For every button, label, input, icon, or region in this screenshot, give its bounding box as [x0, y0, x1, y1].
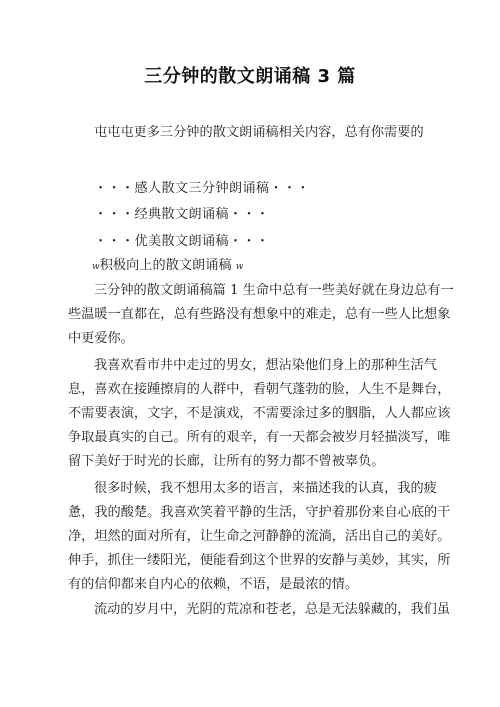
intro-text: 屯屯屯更多三分钟的散文朗诵稿相关内容，总有你需要的 [94, 124, 458, 142]
paragraph-line: 息，喜欢在接踵擦肩的人群中，看朝气蓬勃的脸，人生不是舞台， [68, 381, 432, 399]
paragraph-line: 争取最真实的自己。所有的艰辛，有一天都会被岁月轻描淡写，唯 [68, 429, 432, 447]
paragraph-line: 净，坦然的面对所有，让生命之河静静的流淌，活出自己的美好。 [68, 528, 432, 546]
document-title: 三分钟的散文朗诵稿 3 篇 [0, 62, 500, 88]
paragraph-line: 不需要表演，文字，不是演戏，不需要涂过多的胭脂，人人都应该 [68, 405, 432, 423]
subheading[interactable]: w积极向上的散文朗诵稿 w [92, 257, 456, 276]
paragraph-line: 流动的岁月中，光阴的荒凉和苍老，总是无法躲藏的，我们虽 [94, 601, 458, 619]
paragraph-line: 很多时候，我不想用太多的语言，来描述我的认真，我的疲 [94, 480, 458, 498]
paragraph-line: 留下美好于时光的长廊，让所有的努力都不曾被辜负。 [68, 453, 432, 471]
paragraph-line: 些温暖一直都在，总有些路没有想象中的难走，总有一些人比想象 [68, 306, 432, 324]
subheading-text: 积极向上的散文朗诵稿 [100, 258, 232, 273]
paragraph-line: 我喜欢看市井中走过的男女，想沾染他们身上的那种生活气 [94, 357, 458, 375]
w-mark-icon: w [92, 262, 100, 272]
paragraph-line: 有的信仰都来自内心的依赖，不语，是最浓的情。 [68, 576, 432, 594]
paragraph-line: 中更爱你。 [68, 330, 432, 348]
related-link-classic[interactable]: ・・・经典散文朗诵稿・・・ [94, 206, 458, 224]
related-link-beautiful[interactable]: ・・・优美散文朗诵稿・・・ [94, 233, 458, 251]
related-link-touching[interactable]: ・・・感人散文三分钟朗诵稿・・・ [94, 180, 458, 198]
paragraph-line: 惫，我的酸楚。我喜欢笑着平静的生活，守护着那份来自心底的干 [68, 504, 432, 522]
paragraph-line: 三分钟的散文朗诵稿篇 1 生命中总有一些美好就在身边总有一 [94, 282, 458, 300]
paragraph-line: 伸手，抓住一缕阳光，便能看到这个世界的安静与美妙，其实，所 [68, 552, 432, 570]
w-mark-icon: w [236, 262, 244, 272]
